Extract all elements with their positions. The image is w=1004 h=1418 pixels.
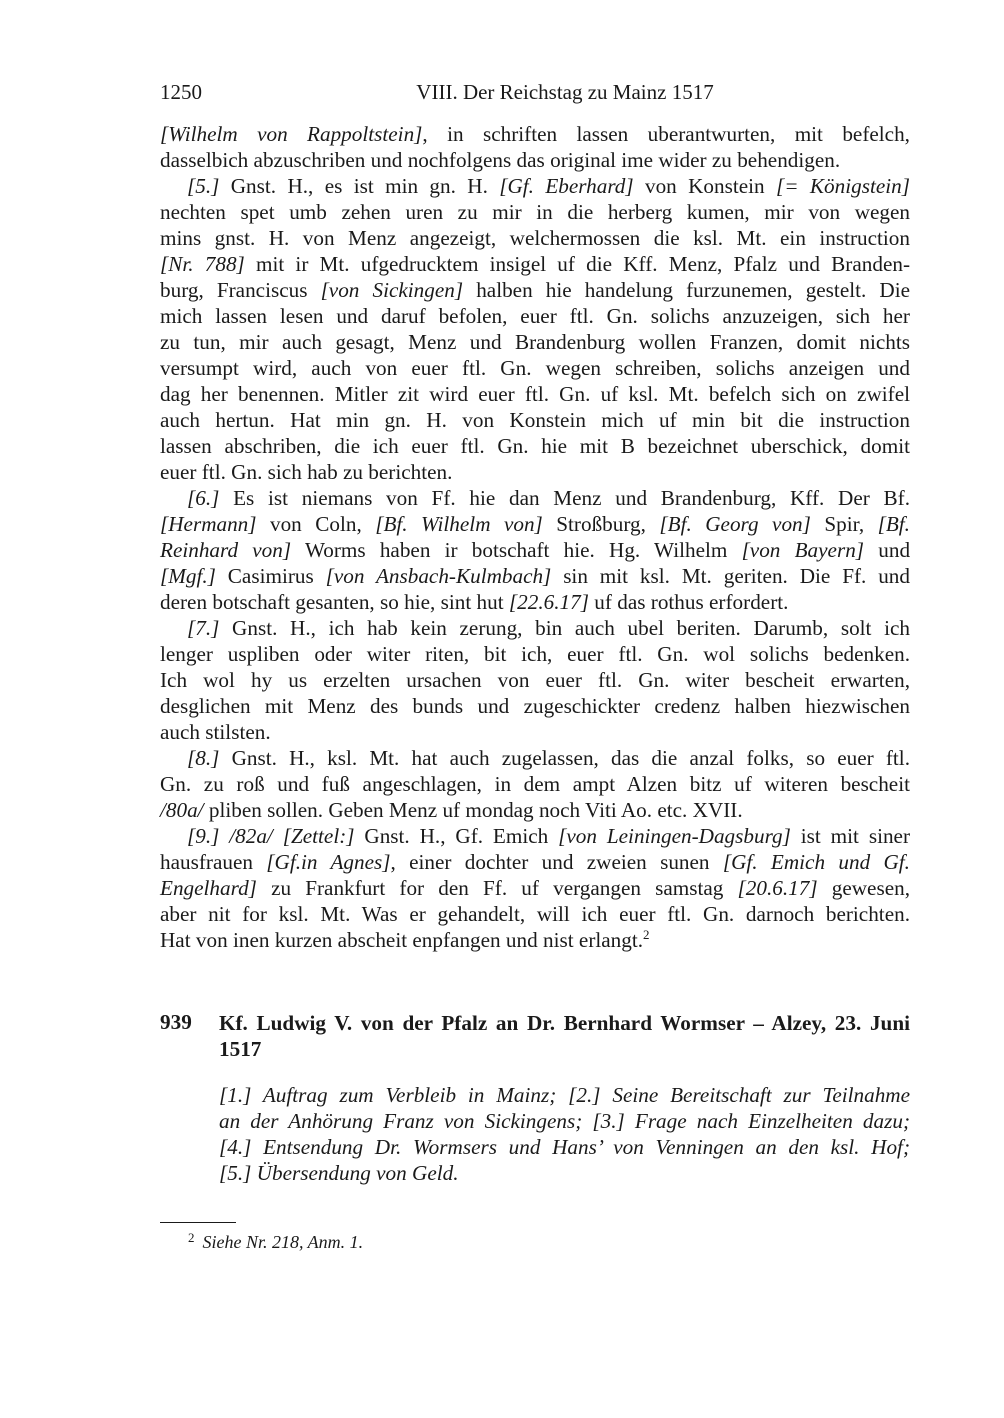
source-text: mit ir Mt. ufgedrucktem insigel uf die K… [245, 252, 910, 276]
document-title-line: Kf. Ludwig V. von der Pfalz an Dr. Bernh… [219, 1010, 910, 1036]
source-text: Es ist niemans von Ff. hie dan Menz und … [219, 486, 910, 510]
editorial-annotation: [9.] /82a/ [Zettel:] [187, 824, 355, 848]
text-line: dag her benennen. Mitler zit wird euer f… [160, 381, 910, 407]
source-text: Worms haben ir botschaft hie. Hg. Wilhel… [291, 538, 741, 562]
source-text: Gn. zu roß und fuß angeschlagen, in dem … [160, 772, 910, 796]
source-text: , einer dochter und zweien sunen [390, 850, 722, 874]
editorial-annotation: /80a/ [160, 798, 204, 822]
regest-line: an der Anhörung Franz von Sickingens; [3… [219, 1108, 910, 1134]
text-line: nechten spet umb zehen uren zu mir in di… [160, 199, 910, 225]
footnote-separator [160, 1222, 236, 1223]
document-title-line: 1517 [219, 1036, 910, 1062]
source-text: gewesen, [818, 876, 910, 900]
footnote: 2Siehe Nr. 218, Anm. 1. [188, 1226, 363, 1254]
source-text: nechten spet umb zehen uren zu mir in di… [160, 200, 910, 224]
editorial-annotation: [7.] [187, 616, 219, 640]
letter-body-text: [Wilhelm von Rappoltstein], in schriften… [160, 121, 910, 953]
regest-line: [5.] Übersendung von Geld. [219, 1160, 910, 1186]
editorial-annotation: [20.6.17] [738, 876, 818, 900]
source-text: pliben sollen. Geben Menz uf mondag noch… [204, 798, 743, 822]
source-text: deren botschaft gesanten, so hie, sint h… [160, 590, 509, 614]
footnote-reference: 2 [643, 927, 650, 942]
text-line: versumpt wird, auch von euer ftl. Gn. we… [160, 355, 910, 381]
editorial-annotation: [Gf. Emich und Gf. [723, 850, 910, 874]
text-line: [7.] Gnst. H., ich hab kein zerung, bin … [160, 615, 910, 641]
source-text: auch stilsten. [160, 720, 271, 744]
editorial-annotation: [Bf. [878, 512, 910, 536]
editorial-annotation: [Bf. Georg von] [659, 512, 811, 536]
text-line: lenger uspliben oder witer riten, bit ic… [160, 641, 910, 667]
text-line: Ich wol hy us erzelten ursachen von euer… [160, 667, 910, 693]
editorial-annotation: [von Sickingen] [321, 278, 464, 302]
source-text: Stroßburg, [543, 512, 660, 536]
source-text: dag her benennen. Mitler zit wird euer f… [160, 382, 910, 406]
source-text: versumpt wird, auch von euer ftl. Gn. we… [160, 356, 910, 380]
source-text: dasselbich abzuschriben und nochfolgens … [160, 148, 840, 172]
text-line: Engelhard] zu Frankfurt for den Ff. uf v… [160, 875, 910, 901]
text-line: lassen abschriben, die ich euer ftl. Gn.… [160, 433, 910, 459]
text-line: [Hermann] von Coln, [Bf. Wilhelm von] St… [160, 511, 910, 537]
document-regest: [1.] Auftrag zum Verbleib in Mainz; [2.]… [219, 1082, 910, 1186]
source-text: Casimirus [216, 564, 326, 588]
regest-line: [1.] Auftrag zum Verbleib in Mainz; [2.]… [219, 1082, 910, 1108]
editorial-annotation: Reinhard von] [160, 538, 291, 562]
editorial-annotation: [Hermann] [160, 512, 257, 536]
source-text: mins gnst. H. von Menz angezeigt, welche… [160, 226, 910, 250]
running-title: VIII. Der Reichstag zu Mainz 1517 [160, 80, 910, 105]
source-text: ist mit siner [791, 824, 910, 848]
text-line: [Wilhelm von Rappoltstein], in schriften… [160, 121, 910, 147]
editorial-annotation: [von Leiningen-Dagsburg] [558, 824, 791, 848]
text-line: mich lassen lesen und daruf befolen, eue… [160, 303, 910, 329]
text-line: hausfrauen [Gf.in Agnes], einer dochter … [160, 849, 910, 875]
source-text: Gnst. H., es ist min gn. H. [219, 174, 499, 198]
source-text: hausfrauen [160, 850, 266, 874]
footnote-text: Siehe Nr. 218, Anm. 1. [203, 1232, 364, 1252]
source-text: halben hie handelung furzunemen, gestelt… [463, 278, 910, 302]
editorial-annotation: [Nr. 788] [160, 252, 245, 276]
text-line: Reinhard von] Worms haben ir botschaft h… [160, 537, 910, 563]
editorial-annotation: [Wilhelm von Rappoltstein] [160, 122, 422, 146]
source-text: und [864, 538, 910, 562]
editorial-annotation: [5.] [187, 174, 219, 198]
source-text: mich lassen lesen und daruf befolen, eue… [160, 304, 910, 328]
text-line: [9.] /82a/ [Zettel:] Gnst. H., Gf. Emich… [160, 823, 910, 849]
source-text: sin mit ksl. Mt. geriten. Die Ff. und [551, 564, 910, 588]
editorial-annotation: [Gf.in Agnes] [266, 850, 390, 874]
text-line: auch hertun. Hat min gn. H. von Konstein… [160, 407, 910, 433]
text-line: deren botschaft gesanten, so hie, sint h… [160, 589, 910, 615]
running-head: 1250 VIII. Der Reichstag zu Mainz 1517 [160, 80, 910, 108]
text-line: zu tun, mir auch gesagt, Menz und Brande… [160, 329, 910, 355]
editorial-annotation: [Bf. Wilhelm von] [375, 512, 543, 536]
source-text: Gnst. H., ksl. Mt. hat auch zugelassen, … [219, 746, 910, 770]
text-line: Gn. zu roß und fuß angeschlagen, in dem … [160, 771, 910, 797]
editorial-annotation: [= Königstein] [776, 174, 910, 198]
text-line: /80a/ pliben sollen. Geben Menz uf monda… [160, 797, 910, 823]
text-line: dasselbich abzuschriben und nochfolgens … [160, 147, 910, 173]
source-text: Spir, [811, 512, 878, 536]
source-text: lenger uspliben oder witer riten, bit ic… [160, 642, 910, 666]
source-text: Gnst. H., Gf. Emich [355, 824, 559, 848]
text-line: [6.] Es ist niemans von Ff. hie dan Menz… [160, 485, 910, 511]
source-text: von Coln, [257, 512, 376, 536]
source-text: burg, Franciscus [160, 278, 321, 302]
source-text: zu tun, mir auch gesagt, Menz und Brande… [160, 330, 910, 354]
source-text: desglichen mit Menz des bunds und zugesc… [160, 694, 910, 718]
source-text: von Konstein [634, 174, 776, 198]
text-line: [8.] Gnst. H., ksl. Mt. hat auch zugelas… [160, 745, 910, 771]
source-text: lassen abschriben, die ich euer ftl. Gn.… [160, 434, 910, 458]
text-line: [Nr. 788] mit ir Mt. ufgedrucktem insige… [160, 251, 910, 277]
source-text: zu Frankfurt for den Ff. uf vergangen sa… [257, 876, 738, 900]
text-line: [5.] Gnst. H., es ist min gn. H. [Gf. Eb… [160, 173, 910, 199]
text-line: [Mgf.] Casimirus [von Ansbach-Kulmbach] … [160, 563, 910, 589]
text-line: aber nit for ksl. Mt. Was er gehandelt, … [160, 901, 910, 927]
source-text: Gnst. H., ich hab kein zerung, bin auch … [219, 616, 910, 640]
text-line: auch stilsten. [160, 719, 910, 745]
document-page: 1250 VIII. Der Reichstag zu Mainz 1517 [… [0, 0, 1004, 1418]
editorial-annotation: Engelhard] [160, 876, 257, 900]
editorial-annotation: [22.6.17] [509, 590, 589, 614]
source-text: auch hertun. Hat min gn. H. von Konstein… [160, 408, 910, 432]
editorial-annotation: [Gf. Eberhard] [499, 174, 633, 198]
editorial-annotation: [8.] [187, 746, 219, 770]
text-line: burg, Franciscus [von Sickingen] halben … [160, 277, 910, 303]
source-text: euer ftl. Gn. sich hab zu berichten. [160, 460, 452, 484]
editorial-annotation: [von Ansbach-Kulmbach] [326, 564, 552, 588]
source-text: Ich wol hy us erzelten ursachen von euer… [160, 668, 910, 692]
text-line: desglichen mit Menz des bunds und zugesc… [160, 693, 910, 719]
source-text: , in schriften lassen uberantwurten, mit… [422, 122, 910, 146]
text-line: mins gnst. H. von Menz angezeigt, welche… [160, 225, 910, 251]
editorial-annotation: [Mgf.] [160, 564, 216, 588]
source-text: aber nit for ksl. Mt. Was er gehandelt, … [160, 902, 910, 926]
source-text: Hat von inen kurzen abscheit enpfangen u… [160, 928, 643, 952]
source-text: uf das rothus erfordert. [589, 590, 788, 614]
editorial-annotation: [6.] [187, 486, 219, 510]
footnote-mark: 2 [188, 1230, 195, 1245]
text-line: euer ftl. Gn. sich hab zu berichten. [160, 459, 910, 485]
editorial-annotation: [von Bayern] [742, 538, 864, 562]
text-line: Hat von inen kurzen abscheit enpfangen u… [160, 927, 910, 953]
document-number: 939 [160, 1010, 192, 1035]
regest-line: [4.] Entsendung Dr. Wormsers und Hans’ v… [219, 1134, 910, 1160]
